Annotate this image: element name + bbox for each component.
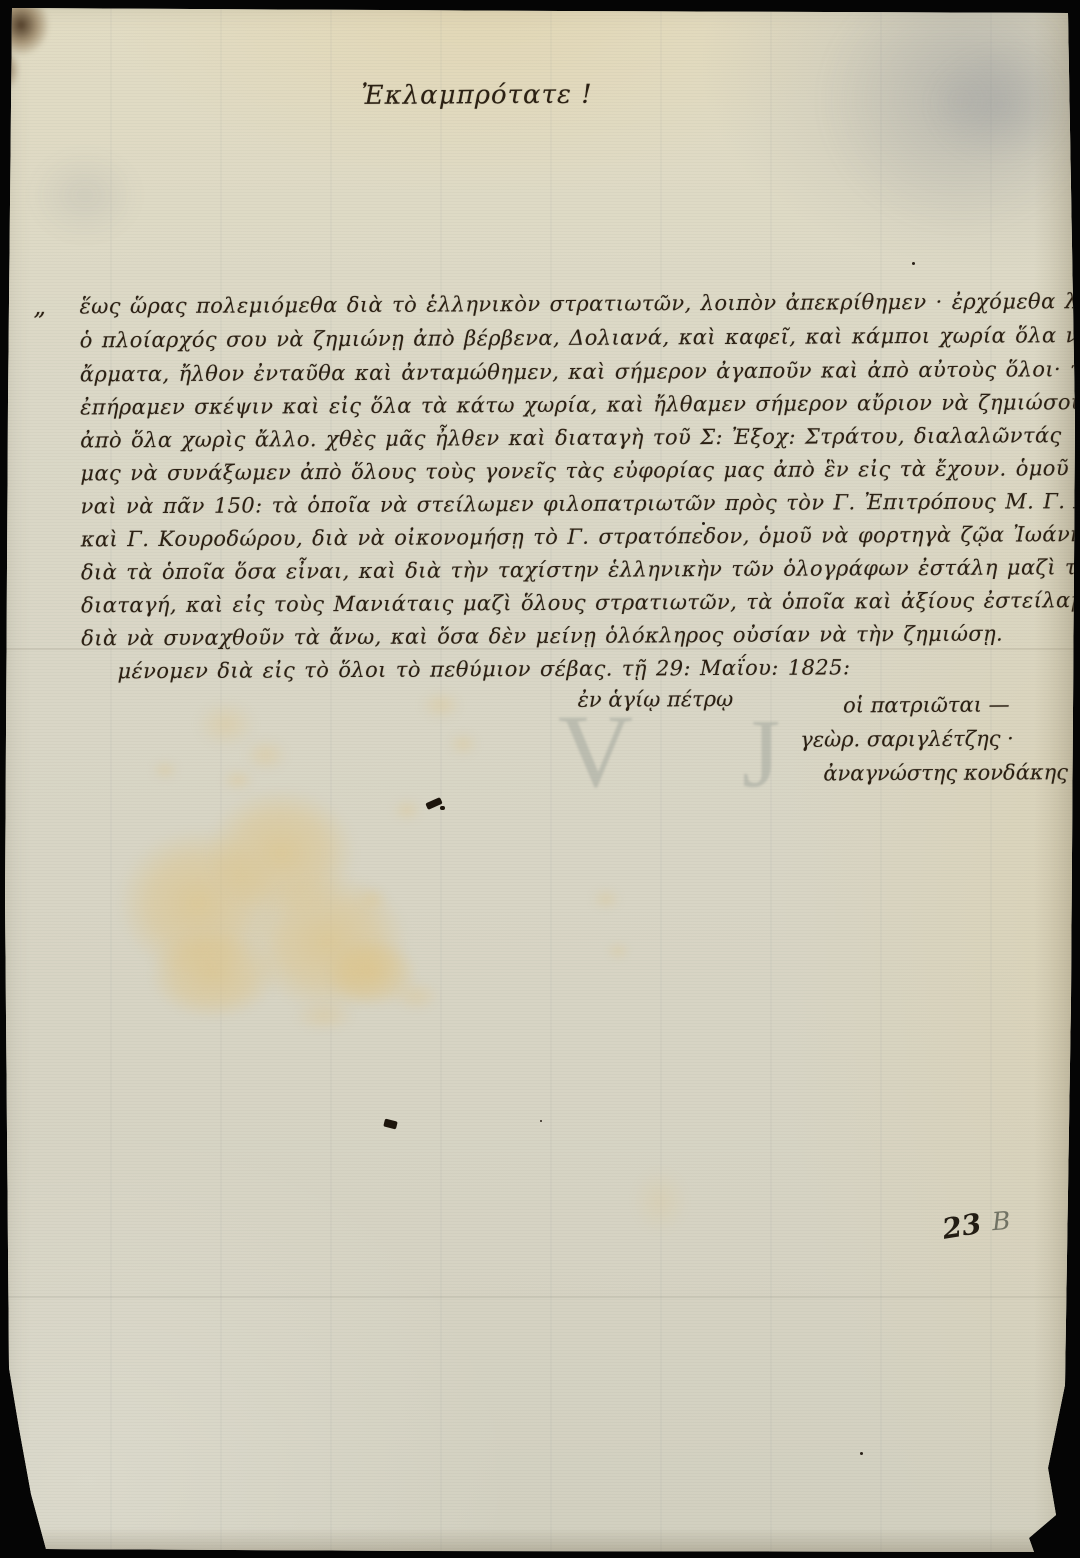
body-line: ἀπὸ ὅλα χωρὶς ἄλλο. χθὲς μᾶς ἦλθεν καὶ δ…	[80, 423, 1062, 452]
body-line: ναὶ νὰ πᾶν 150: τὰ ὁποῖα νὰ στείλωμεν φι…	[81, 488, 1080, 518]
margin-quote-mark: „	[33, 293, 46, 321]
body-line: ὁ πλοίαρχός σου νὰ ζημιώνῃ ἀπὸ βέρβενα, …	[80, 323, 1080, 352]
scan-background: { "letter": { "heading": "Ἐκλαμπρότατε !…	[0, 0, 1080, 1558]
letter-heading: Ἐκλαμπρότατε !	[361, 80, 592, 111]
signature-block: οἱ πατριῶται — γεὼρ. σαριγλέτζης · ἀναγν…	[772, 687, 1073, 791]
body-line: ἄρματα, ἤλθον ἐνταῦθα καὶ ἀνταμώθημεν, κ…	[80, 357, 1080, 387]
signature-line: γεὼρ. σαριγλέτζης ·	[772, 721, 1072, 757]
archival-number: 23 B	[942, 1210, 1011, 1243]
body-line: διὰ νὰ συναχθοῦν τὰ ἄνω, καὶ ὅσα δὲν μεί…	[81, 622, 1003, 651]
body-line: μας νὰ συνάξωμεν ἀπὸ ὅλους τοὺς γονεῖς τ…	[80, 456, 1080, 485]
handwriting-layer: Ἐκλαμπρότατε ! „ ἕως ὥρας πολεμιόμεθα δι…	[0, 0, 1080, 1558]
archival-number-value: 23	[940, 1207, 984, 1246]
signature-line: οἱ πατριῶται —	[772, 687, 1072, 723]
body-line: διαταγή, καὶ εἰς τοὺς Μανιάταις μαζὶ ὅλο…	[81, 588, 1080, 618]
closing-date-line: μένομεν διὰ εἰς τὸ ὅλοι τὸ πεθύμιον σέβα…	[117, 655, 850, 683]
place-line: ἐν ἁγίῳ πέτρῳ	[578, 687, 734, 712]
body-line: διὰ τὰ ὁποῖα ὅσα εἶναι, καὶ διὰ τὴν ταχί…	[81, 555, 1080, 585]
body-line: ἐπήραμεν σκέψιν καὶ εἰς ὅλα τὰ κάτω χωρί…	[80, 390, 1080, 419]
signature-line: ἀναγνώστης κονδάκης	[772, 755, 1072, 791]
body-line: καὶ Γ. Κουροδώρου, διὰ νὰ οἰκονομήσῃ τὸ …	[81, 522, 1080, 551]
archival-letter-value: B	[991, 1206, 1011, 1236]
body-line: ἕως ὥρας πολεμιόμεθα διὰ τὸ ἑλληνικὸν στ…	[79, 289, 1080, 319]
paper-sheet: V J Ἐκλαμπρότατε ! „ ἕως ὥρας πολεμιόμεθ…	[0, 0, 1080, 1558]
